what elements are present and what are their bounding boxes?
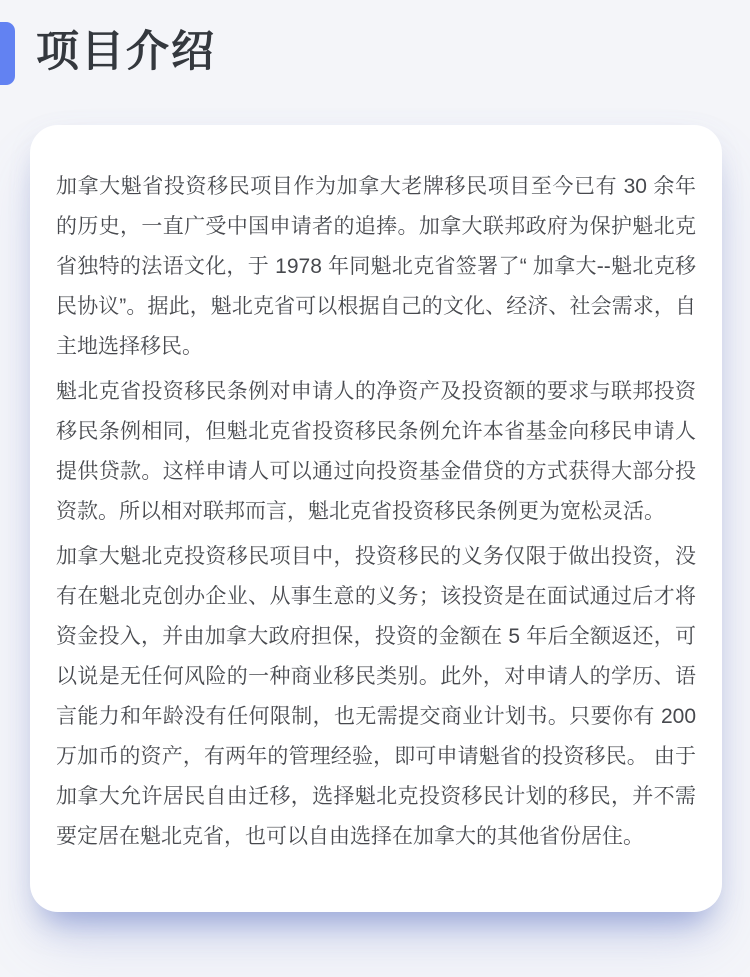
section-header: 项目介绍 (0, 0, 750, 125)
page: 项目介绍 加拿大魁省投资移民项目作为加拿大老牌移民项目至今已有 30 余年的历史… (0, 0, 750, 125)
intro-paragraph-2: 魁北克省投资移民条例对申请人的净资产及投资额的要求与联邦投资移民条例相同，但魁北… (56, 372, 696, 532)
intro-paragraph-3: 加拿大魁北克投资移民项目中，投资移民的义务仅限于做出投资，没有在魁北克创办企业、… (56, 537, 696, 857)
intro-paragraph-1: 加拿大魁省投资移民项目作为加拿大老牌移民项目至今已有 30 余年的历史，一直广受… (56, 167, 696, 367)
section-title: 项目介绍 (36, 22, 216, 82)
accent-bar (0, 22, 15, 85)
intro-card: 加拿大魁省投资移民项目作为加拿大老牌移民项目至今已有 30 余年的历史，一直广受… (30, 125, 722, 912)
